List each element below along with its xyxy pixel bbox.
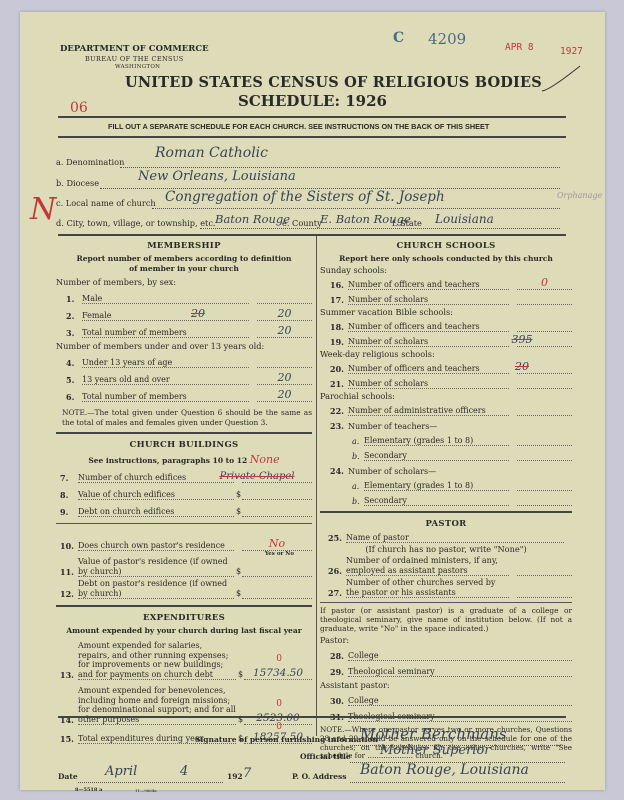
city-label: WASHINGTON [115,64,160,70]
row-number: b. [352,497,364,506]
school-row: a.Elementary (grades 1 to 8) [352,431,572,446]
row-number: 27. [328,588,346,598]
row-label: Number of other churches served by the p… [346,578,509,598]
row-label: Value of pastor's residence (if owned by… [78,557,234,577]
pastor-row: 27.Number of other churches served by th… [328,576,572,598]
row-value-field[interactable] [517,448,572,461]
row-number: 7. [60,473,78,483]
school-row: 24.Number of scholars— [330,461,572,476]
row-label: Number of administrative officers [348,406,509,417]
row-value-field[interactable]: 20 [257,389,312,402]
row-label: College [348,651,572,662]
row-number: 29. [330,667,348,677]
pastor-row: 26.Number of ordained ministers, if any,… [328,554,572,576]
row-number: 1. [66,294,82,304]
row-value-field[interactable] [257,355,312,368]
by-sex-label: Number of members, by sex: [56,277,312,287]
building-row: 11.Value of pastor's residence (if owned… [60,555,312,577]
school-group-label: Sunday schools: [320,265,572,275]
row-number: 19. [330,337,348,347]
row-label: Number of officers and teachers [348,322,509,333]
row-value-field[interactable] [517,563,572,576]
audit-mark: 0 [276,654,282,664]
school-row: 16.Number of officers and teachers0 [330,275,572,290]
school-group-label: Parochial schools: [320,391,572,401]
city-label: d. City, town, village, or township, etc… [56,218,216,228]
school-row: 18.Number of officers and teachers [330,317,572,332]
stamp-prefix: C [393,30,404,46]
form-code: 8—5518 a [75,787,102,793]
row-number: 11. [60,567,78,577]
row-number: a. [352,437,364,446]
pastor-title: PASTOR [320,519,572,529]
row-number: 21. [330,379,348,389]
row-value-field[interactable]: No [242,538,312,551]
local-name-note: Orphanage [557,191,602,200]
row-number: 2. [66,311,82,321]
building-row: 7.Number of church edificesPrivate Chape… [60,466,312,483]
row-value-field[interactable]: $ [242,564,312,577]
education-row: 28.College [330,645,572,661]
row-number: 17. [330,295,348,305]
page-title: UNITED STATES CENSUS OF RELIGIOUS BODIES [125,74,542,91]
row-number: 12. [60,589,78,599]
row-number: 23. [330,421,348,431]
schools-title: CHURCH SCHOOLS [320,241,572,251]
building-row: 8.Value of church edifices$ [60,483,312,500]
row-value-field[interactable] [517,585,572,598]
school-row: 19.Number of scholars395 [330,332,572,347]
row-value-field[interactable]: 395 [517,334,572,347]
signature-value[interactable]: Mother Berchmans [360,725,507,743]
right-column: CHURCH SCHOOLS Report here only schools … [320,237,572,761]
row-label: Elementary (grades 1 to 8) [364,436,509,447]
buildings-intro-answer[interactable]: None [250,453,280,466]
row-number: 22. [330,406,348,416]
school-row: b.Secondary [352,446,572,461]
buildings-intro: See instructions, paragraphs 10 to 12 [88,456,247,465]
row-value-field[interactable] [517,433,572,446]
state-label: f. State [392,218,422,228]
denomination-label: a. Denomination [56,157,124,167]
school-group-label: Summer vacation Bible schools: [320,307,572,317]
address-label: P. O. Address [292,772,346,781]
row-label: Value of church edifices [78,490,234,501]
margin-mark: N [30,192,56,227]
row-label: Elementary (grades 1 to 8) [364,481,509,492]
school-row: a.Elementary (grades 1 to 8) [352,476,572,491]
received-year-stamp: 1927 [560,46,583,57]
pastor-row: 25.Name of pastor [328,529,572,543]
assistant-pastor-label: Assistant pastor: [320,680,572,690]
buildings-title: CHURCH BUILDINGS [56,440,312,450]
membership-intro: Report number of members according to de… [74,254,294,274]
date-year-suffix[interactable]: 7 [243,766,251,781]
page-subtitle: SCHEDULE: 1926 [238,92,387,110]
denomination-value[interactable]: Roman Catholic [155,145,268,161]
row-number: 10. [60,541,78,551]
graduate-note: If pastor (or assistant pastor) is a gra… [320,606,572,633]
row-number: 26. [328,566,346,576]
school-row: 23.Number of teachers— [330,416,572,431]
building-row: 9.Debt on church edifices$ [60,500,312,517]
row-label: Male [82,294,249,305]
date-day[interactable]: 4 [180,764,188,779]
row-value-field[interactable]: 20 [257,308,312,321]
row-value-field[interactable]: Private Chapel [242,470,312,483]
age-label: Number of members under and over 13 year… [56,341,312,351]
row-label: 13 years old and over [82,375,249,386]
row-number: a. [352,482,364,491]
pastor-label: Pastor: [320,635,572,645]
row-number: 15. [60,734,78,744]
address-value[interactable]: Baton Rouge, Louisiana [360,762,529,778]
census-schedule-sheet: DEPARTMENT OF COMMERCE BUREAU OF THE CEN… [20,12,605,790]
row-label: Number of ordained ministers, if any, em… [346,556,509,576]
membership-row: 3.Total number of members20 [66,321,312,338]
official-title-value[interactable]: Mother Superior [380,743,490,758]
membership-row: 6.Total number of members20 [66,385,312,402]
bureau-label: BUREAU OF THE CENSUS [85,55,184,63]
signature-label: Signature of person furnishing informati… [195,735,378,744]
education-row: 31.Theological seminary [330,706,572,722]
school-row: 21.Number of scholars [330,374,572,389]
building-row: 10.Does church own pastor's residenceNoY… [60,534,312,551]
membership-row: 2.Female2020 [66,304,312,321]
row-value-field[interactable]: 20 [517,361,572,374]
row-value-field[interactable] [517,292,572,305]
row-number: b. [352,452,364,461]
row-label: Number of officers and teachers [348,280,509,291]
row-value-field[interactable]: $ [242,586,312,599]
county-label: e. County [282,218,322,228]
membership-row: 1.Male [66,287,312,304]
row-value-field[interactable] [517,493,572,506]
checkmark-icon [540,64,585,94]
row-number: 30. [330,696,348,706]
membership-title: MEMBERSHIP [56,241,312,251]
row-value-field[interactable]: $ [242,504,312,517]
row-value-field[interactable]: $ [242,487,312,500]
expenditure-row: 13.Amount expended for salaries, repairs… [60,638,312,680]
expenditures-intro: Amount expended by your church during la… [56,626,312,635]
row-label: Does church own pastor's residence [78,541,234,552]
left-column: MEMBERSHIP Report number of members acco… [56,237,312,744]
row-number: 16. [330,280,348,290]
date-year-prefix: 192 [227,772,243,781]
school-group-label: Week-day religious schools: [320,349,572,359]
audit-mark: 0 [276,722,282,732]
row-value-field[interactable]: $15734.50 [244,667,312,680]
membership-row: 5.13 years old and over20 [66,368,312,385]
row-number: 3. [66,328,82,338]
department-label: DEPARTMENT OF COMMERCE [60,44,209,54]
local-name-label: c. Local name of church [56,198,156,208]
row-label: Amount expended for salaries, repairs, a… [78,641,236,680]
row-number: 6. [66,392,82,402]
instruction-banner: FILL OUT A SEPARATE SCHEDULE FOR EACH CH… [108,122,489,131]
row-label: Under 13 years of age [82,358,249,369]
row-value-field[interactable]: 20 [257,372,312,385]
row-number: 5. [66,375,82,385]
official-title-label: Official title [300,752,351,761]
local-name-value[interactable]: Congregation of the Sisters of St. Josep… [165,189,445,205]
stamp-number: 4209 [428,30,466,48]
row-number: 24. [330,466,348,476]
audit-mark: 0 [276,699,282,709]
school-row: 22.Number of administrative officers [330,401,572,416]
row-value-field[interactable]: 0 [517,277,572,290]
expenditure-row: 14.Amount expended for benevolences, inc… [60,683,312,725]
row-label: Total number of members [82,328,249,339]
expenditures-title: EXPENDITURES [56,613,312,623]
school-row: 20.Number of officers and teachers20 [330,359,572,374]
row-number: 8. [60,490,78,500]
row-label: Amount expended for benevolences, includ… [78,686,236,725]
row-label: Total number of members [82,392,249,403]
building-row: 12.Debt on pastor's residence (if owned … [60,577,312,599]
date-month[interactable]: April [105,764,137,779]
row-label: Female [82,311,249,322]
row-label: Number of scholars— [348,467,509,477]
row-label: Number of scholars [348,379,509,390]
state-value[interactable]: Louisiana [435,212,494,226]
row-number: 25. [328,533,346,543]
row-number: 4. [66,358,82,368]
print-code: 11—9664a [135,788,157,793]
education-row: 29.Theological seminary [330,661,572,677]
received-date-stamp: APR 8 [505,42,534,53]
row-number: 28. [330,651,348,661]
struck-value: 20 [191,307,205,320]
pastor-hint: (If church has no pastor, write "None") [320,544,572,554]
row-value-field[interactable] [257,291,312,304]
code-mark: 06 [70,100,88,116]
row-value-field[interactable]: 20 [257,325,312,338]
row-number: 9. [60,507,78,517]
education-row: 30.College [330,690,572,706]
date-label: Date [58,772,78,781]
membership-row: 4.Under 13 years of age [66,351,312,368]
row-label: Secondary [364,451,509,462]
diocese-label: b. Diocese [56,178,99,188]
row-number: 13. [60,670,78,680]
city-value[interactable]: Baton Rouge [215,212,290,226]
row-label: Number of teachers— [348,422,509,432]
school-row: b.Secondary [352,491,572,506]
diocese-value[interactable]: New Orleans, Louisiana [138,169,296,184]
row-label: College [348,696,572,707]
row-value-field[interactable] [517,319,572,332]
row-label: Name of pastor [346,533,564,544]
schools-intro: Report here only schools conducted by th… [320,254,572,263]
row-label: Number of scholars [348,295,509,306]
row-number: 18. [330,322,348,332]
row-label: Debt on church edifices [78,507,234,518]
row-value-field[interactable] [517,478,572,491]
row-label: Secondary [364,496,509,507]
row-value-field[interactable] [517,403,572,416]
membership-note: NOTE.—The total given under Question 6 s… [62,408,312,427]
row-value-field[interactable] [517,376,572,389]
row-label: Theological seminary [348,667,572,678]
school-row: 17.Number of scholars [330,290,572,305]
row-label: Debt on pastor's residence (if owned by … [78,579,234,599]
row-number: 20. [330,364,348,374]
